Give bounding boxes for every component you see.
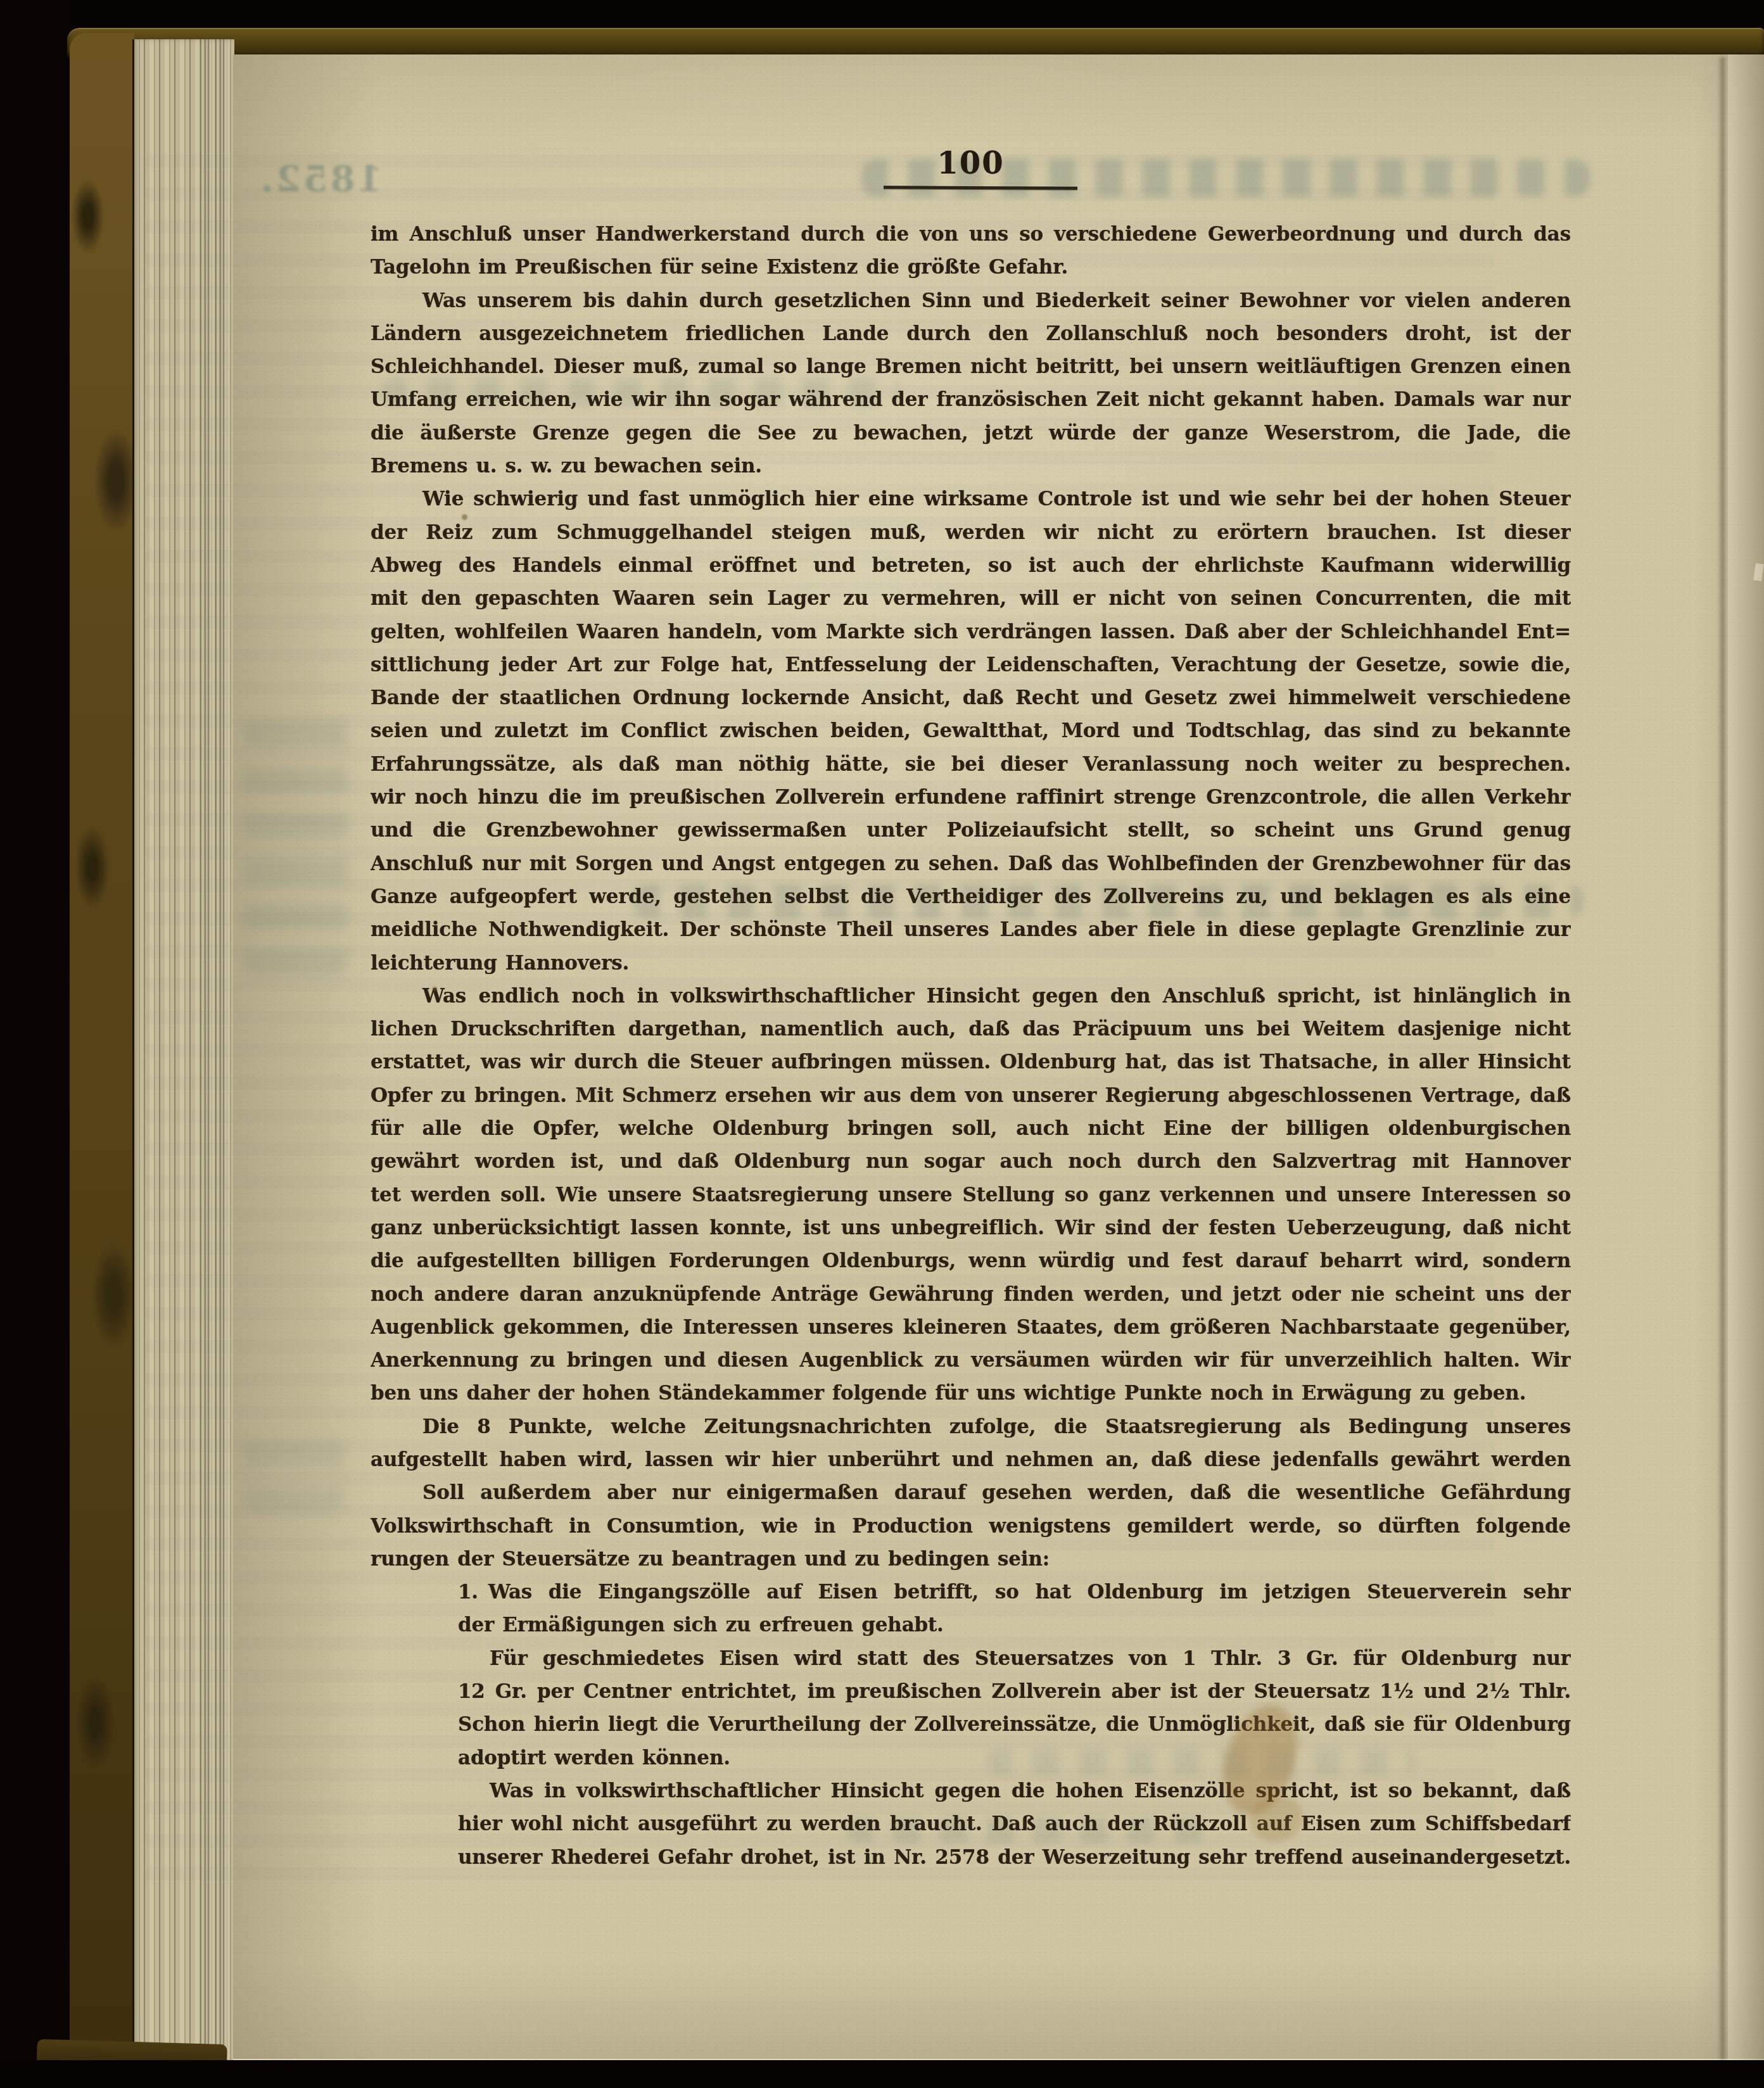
- text-line: wir noch hinzu die im preußischen Zollve…: [371, 781, 1571, 814]
- scan-background-left: [0, 0, 71, 2088]
- text-line: seien und zuletzt im Conflict zwischen b…: [371, 714, 1571, 747]
- text-line: Erfahrungssätze, als daß man nöthig hätt…: [371, 748, 1571, 781]
- text-line: sittlichung jeder Art zur Folge hat, Ent…: [371, 649, 1571, 681]
- text-line: Ländern ausgezeichnetem friedlichen Land…: [371, 317, 1571, 350]
- text-line: die äußerste Grenze gegen die See zu bew…: [371, 417, 1571, 450]
- text-line: erstattet, was wir durch die Steuer aufb…: [371, 1046, 1571, 1079]
- text-line: tet werden soll. Wie unsere Staatsregier…: [371, 1179, 1571, 1212]
- text-line: Soll außerdem aber nur einigermaßen dara…: [371, 1476, 1571, 1509]
- text-line: Was unserem bis dahin durch gesetzlichen…: [371, 284, 1571, 317]
- text-line: 12 Gr. per Centner entrichtet, im preußi…: [458, 1675, 1571, 1708]
- paper-speck: [1029, 1362, 1034, 1366]
- page-header: 100: [371, 146, 1571, 189]
- gutter-crease: [1718, 57, 1728, 2060]
- bleed-through-year: 1852.: [258, 158, 382, 200]
- page-stack-fore-edge: [134, 39, 234, 2063]
- text-line: Tagelohn im Preußischen für seine Existe…: [371, 251, 1571, 284]
- text-line: der Ermäßigungen sich zu erfreuen gehabt…: [458, 1609, 1571, 1642]
- text-line: Was in volkswirthschaftlicher Hinsicht g…: [458, 1775, 1571, 1807]
- paper-speck: [462, 514, 467, 520]
- page-number-rule: [884, 186, 1077, 189]
- paper-speck: [433, 987, 437, 991]
- text-line: mit den gepaschten Waaren sein Lager zu …: [371, 582, 1571, 615]
- text-line: ganz unberücksichtigt lassen konnte, ist…: [371, 1212, 1571, 1244]
- text-line: Was endlich noch in volkswirthschaftlich…: [371, 980, 1571, 1013]
- book-cover-marbled-edge: [70, 33, 134, 2069]
- text-line: Opfer zu bringen. Mit Schmerz ersehen wi…: [371, 1079, 1571, 1112]
- text-line: meidliche Nothwendigkeit. Der schönste T…: [371, 913, 1571, 946]
- text-line: Schleichhandel. Dieser muß, zumal so lan…: [371, 350, 1571, 383]
- text-line: rungen der Steuersätze zu beantragen und…: [371, 1543, 1571, 1576]
- text-line: hier wohl nicht ausgeführt zu werden bra…: [458, 1807, 1571, 1840]
- text-line: aufgestellt haben wird, lassen wir hier …: [371, 1443, 1571, 1476]
- text-line: Augenblick gekommen, die Interessen unse…: [371, 1311, 1571, 1344]
- text-line: Wie schwierig und fast unmöglich hier ei…: [371, 483, 1571, 516]
- page-number: 100: [371, 146, 1571, 181]
- text-block: im Anschluß unser Handwerkerstand durch …: [371, 218, 1571, 1874]
- text-line: adoptirt werden können.: [458, 1742, 1571, 1775]
- text-line: 1.Was die Eingangszölle auf Eisen betrif…: [458, 1576, 1571, 1609]
- scan-background-top: [0, 0, 1764, 29]
- text-line: Abweg des Handels einmal eröffnet und be…: [371, 549, 1571, 582]
- page-stack-striations: [200, 39, 231, 2063]
- text-line: Umfang erreichen, wie wir ihn sogar währ…: [371, 383, 1571, 416]
- gutter-shade: [1728, 54, 1764, 2060]
- text-line: lichen Druckschriften dargethan, namentl…: [371, 1013, 1571, 1046]
- text-line: Schon hierin liegt die Verurtheilung der…: [458, 1708, 1571, 1741]
- text-line: Anerkennung zu bringen und diesen Augenb…: [371, 1344, 1571, 1377]
- text-line: leichterung Hannovers.: [371, 947, 1571, 980]
- text-line: der Reiz zum Schmuggelhandel steigen muß…: [371, 516, 1571, 549]
- text-line: Für geschmiedetes Eisen wird statt des S…: [458, 1642, 1571, 1675]
- text-line: gewährt worden ist, und daß Oldenburg nu…: [371, 1145, 1571, 1178]
- text-line: Bremens u. s. w. zu bewachen sein.: [371, 450, 1571, 483]
- text-line: und die Grenzbewohner gewissermaßen unte…: [371, 814, 1571, 847]
- list-marker: 1.: [458, 1581, 488, 1604]
- text-line: für alle die Opfer, welche Oldenburg bri…: [371, 1112, 1571, 1145]
- text-line: unserer Rhederei Gefahr drohet, ist in N…: [458, 1841, 1571, 1874]
- text-line: gelten, wohlfeilen Waaren handeln, vom M…: [371, 616, 1571, 649]
- text-line: Die 8 Punkte, welche Zeitungsnachrichten…: [371, 1410, 1571, 1443]
- scan-background-bottom: [0, 2060, 1764, 2088]
- text-line: ben uns daher der hohen Ständekammer fol…: [371, 1377, 1571, 1410]
- text-line: Anschluß nur mit Sorgen und Angst entgeg…: [371, 847, 1571, 880]
- book-cover-top-edge: [67, 28, 1764, 58]
- book-scan: 1852. 100 im Anschluß unser Handwerkerst…: [0, 0, 1764, 2088]
- text-line: Volkswirthschaft in Consumtion, wie in P…: [371, 1510, 1571, 1543]
- text-line: Ganze aufgeopfert werde, gestehen selbst…: [371, 880, 1571, 913]
- text-line: noch andere daran anzuknüpfende Anträge …: [371, 1278, 1571, 1311]
- text-line: die aufgestellten billigen Forderungen O…: [371, 1244, 1571, 1277]
- text-line: Bande der staatlichen Ordnung lockernde …: [371, 681, 1571, 714]
- text-line: im Anschluß unser Handwerkerstand durch …: [371, 218, 1571, 251]
